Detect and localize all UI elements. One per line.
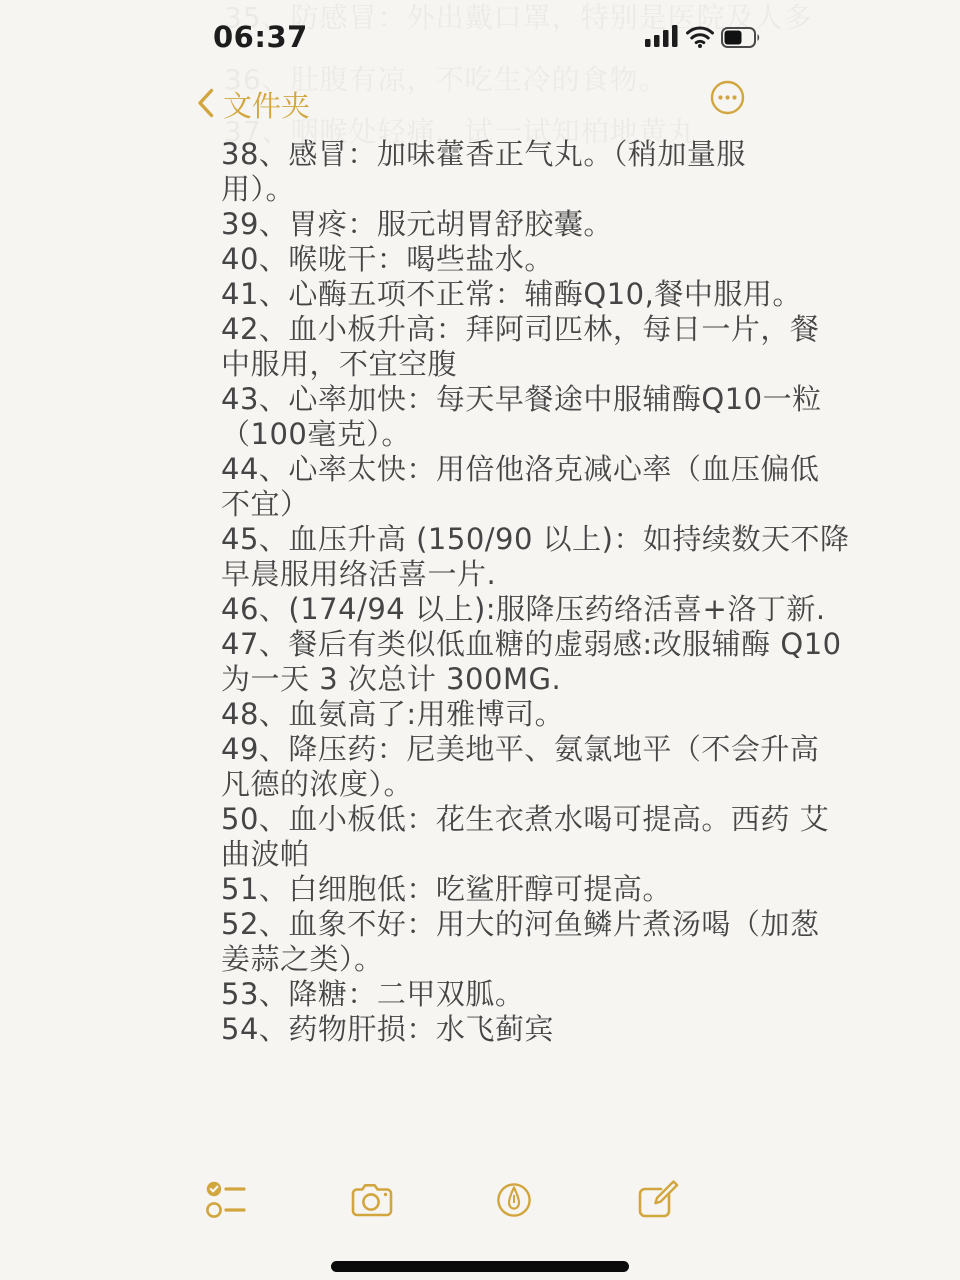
compose-icon: [635, 1177, 681, 1226]
back-button-label: 文件夹: [223, 84, 310, 125]
wifi-icon: [686, 26, 714, 52]
note-line: 凡德的浓度）。: [221, 767, 749, 802]
note-line: 52、血象不好：用大的河鱼鳞片煮汤喝（加葱: [221, 907, 749, 942]
note-line: 不宜）: [221, 487, 749, 522]
note-line: 42、血小板升高：拜阿司匹林，每日一片，餐: [221, 312, 749, 347]
markup-button[interactable]: [490, 1177, 538, 1225]
note-line: 51、白细胞低：吃鲨肝醇可提高。: [221, 872, 749, 907]
camera-button[interactable]: [348, 1177, 396, 1225]
note-line: 48、血氨高了:用雅博司。: [221, 697, 749, 732]
markup-icon: [492, 1178, 536, 1225]
checklist-icon: [205, 1178, 249, 1225]
note-line: 38、感冒：加味藿香正气丸。（稍加量服: [221, 137, 749, 172]
note-line: 为一天 3 次总计 300MG.: [221, 662, 749, 697]
note-line: 41、心酶五项不正常：辅酶Q10,餐中服用。: [221, 277, 749, 312]
note-line: 39、胃疼：服元胡胃舒胶囊。: [221, 207, 749, 242]
note-line: 早晨服用络活喜一片.: [221, 557, 749, 592]
note-line: 50、血小板低：花生衣煮水喝可提高。西药 艾: [221, 802, 749, 837]
cellular-signal-icon: [645, 25, 679, 52]
note-body[interactable]: 38、感冒：加味藿香正气丸。（稍加量服用）。39、胃疼：服元胡胃舒胶囊。40、喉…: [221, 137, 749, 1047]
note-line: 中服用，不宜空腹: [221, 347, 749, 382]
checklist-button[interactable]: [203, 1177, 251, 1225]
status-icons: [645, 25, 761, 52]
note-line: 46、(174/94 以上):服降压药络活喜+洛丁新.: [221, 592, 749, 627]
ellipsis-circle-icon: [710, 103, 745, 118]
note-line: 45、血压升高 (150/90 以上)：如持续数天不降: [221, 522, 749, 557]
compose-button[interactable]: [634, 1177, 682, 1225]
chevron-left-icon: [197, 88, 214, 121]
camera-icon: [349, 1180, 395, 1223]
notes-app-screen: 35、防感冒：外出戴口罩，特别是医院及人多 36、肚腹有凉，不吃生冷的食物。 3…: [0, 0, 960, 1280]
home-indicator[interactable]: [331, 1261, 629, 1272]
more-options-button[interactable]: [710, 80, 745, 118]
note-line: 53、降糖：二甲双胍。: [221, 977, 749, 1012]
battery-icon: [721, 27, 761, 52]
note-line: 54、药物肝损：水飞蓟宾: [221, 1012, 749, 1047]
note-line: 43、心率加快：每天早餐途中服辅酶Q10一粒: [221, 382, 749, 417]
note-line: 姜蒜之类）。: [221, 942, 749, 977]
note-line: 44、心率太快：用倍他洛克减心率（血压偏低: [221, 452, 749, 487]
note-line: 用）。: [221, 172, 749, 207]
note-line: 曲波帕: [221, 837, 749, 872]
note-line: （100毫克）。: [221, 417, 749, 452]
status-time: 06:37: [213, 20, 308, 54]
note-line: 40、喉咙干：喝些盐水。: [221, 242, 749, 277]
back-to-folders-button[interactable]: 文件夹: [197, 84, 310, 125]
note-line: 49、降压药：尼美地平、氨氯地平（不会升高: [221, 732, 749, 767]
note-line: 47、餐后有类似低血糖的虚弱感:改服辅酶 Q10: [221, 627, 749, 662]
